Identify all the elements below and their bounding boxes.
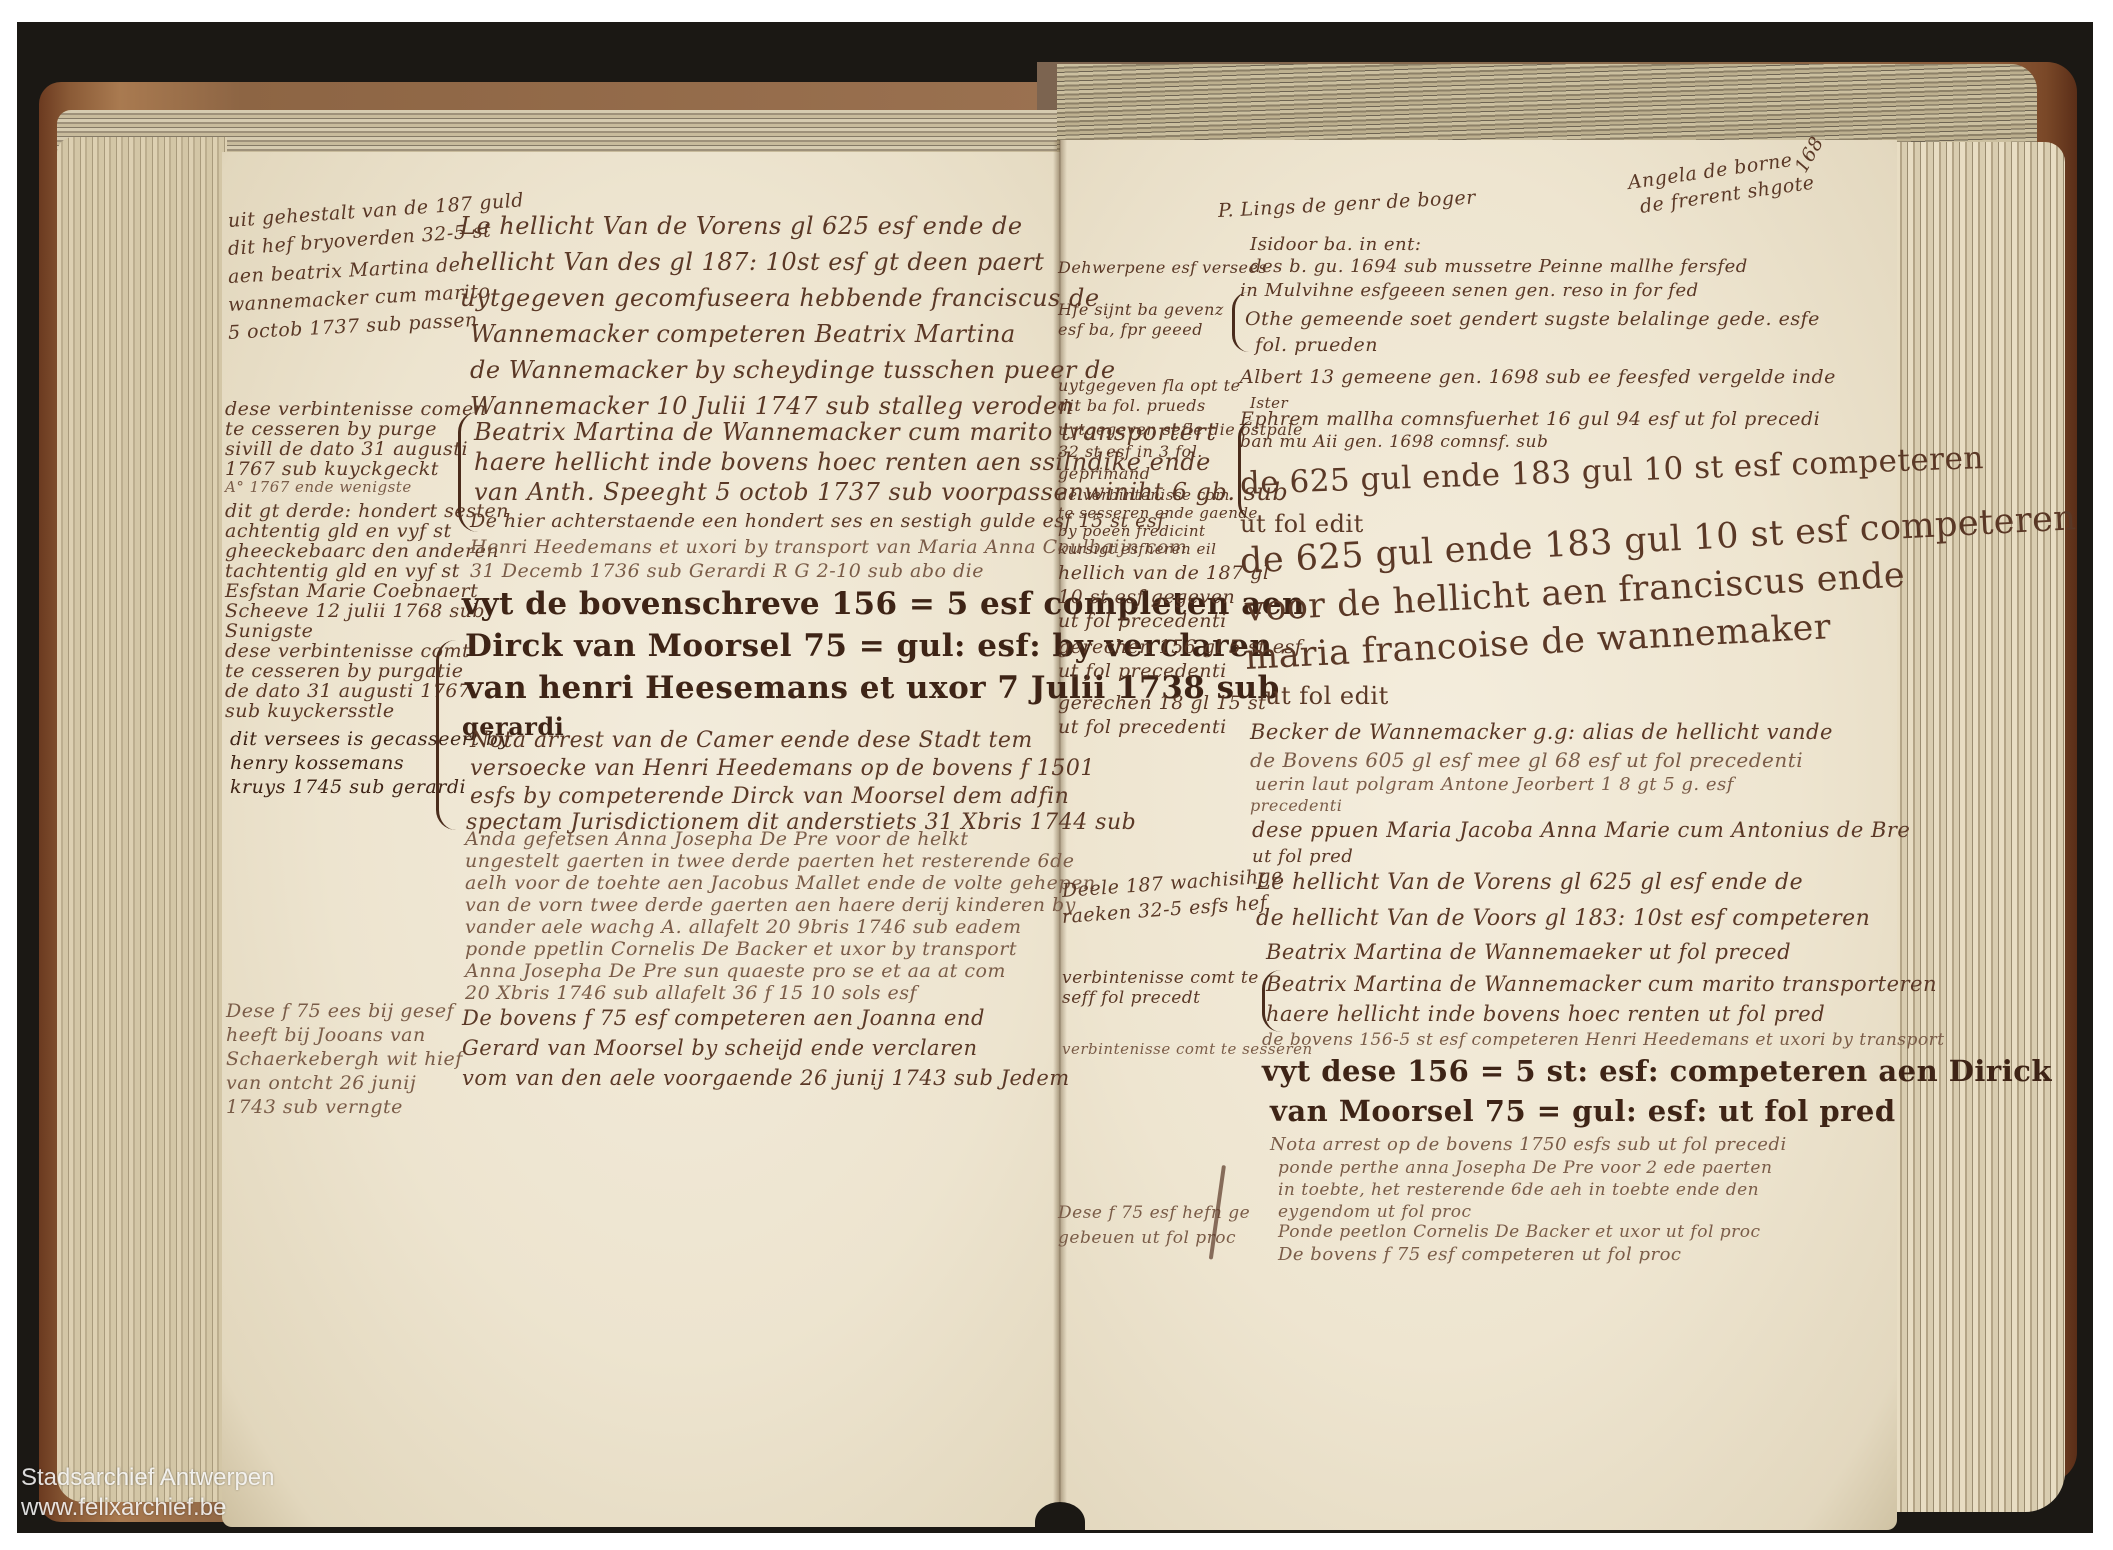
margin-note: gebeuen ut fol proc <box>1058 1228 1236 1248</box>
text-line: haere hellicht inde bovens hoec renten u… <box>1266 1002 1825 1026</box>
text-line: De bovens f 75 esf competeren aen Joanna… <box>462 1006 985 1030</box>
margin-note: hellich van de 187 gl <box>1058 562 1269 584</box>
text-line: Anna Josepha De Pre sun quaeste pro se e… <box>465 960 1006 982</box>
text-line: ungestelt gaerten in twee derde paerten … <box>465 850 1075 872</box>
text-line: fol. prueden <box>1255 334 1378 356</box>
margin-note: seff fol precedt <box>1062 988 1201 1008</box>
text-line: uytgegeven gecomfuseera hebbende francis… <box>460 284 1100 312</box>
margin-note: tachtentig gld en vyf st <box>225 560 460 582</box>
margin-note: Schaerkebergh wit hief <box>226 1048 463 1070</box>
text-line: in toebte, het resterende 6de aeh in toe… <box>1278 1180 1759 1200</box>
margin-note: henry kossemans <box>230 752 404 774</box>
text-line: in Mulvihne esfgeeen senen gen. reso in … <box>1240 280 1699 301</box>
margin-note: by poeen fredicint <box>1058 522 1206 540</box>
margin-note: dit ba fol. prueds <box>1058 396 1206 415</box>
margin-note: de verbintenisse com <box>1058 486 1230 504</box>
margin-note: 32 st esf in 3 fol. <box>1058 442 1203 461</box>
margin-note: ut fol precedenti <box>1058 716 1227 738</box>
text-line: Nota arrest van de Camer eende dese Stad… <box>470 728 1033 753</box>
text-line: Beatrix Martina de Wannemaeker ut fol pr… <box>1266 940 1791 964</box>
margin-note: 1743 sub verngte <box>226 1096 403 1118</box>
text-line: Wannemacker competeren Beatrix Martina <box>470 320 1016 348</box>
margin-note: verbintenisse comt te <box>1062 968 1259 988</box>
large-entry-line: ut fol edit <box>1240 510 1364 538</box>
margin-note: Hfe sijnt ba gevenz <box>1058 300 1224 319</box>
text-line: ponde ppetlin Cornelis De Backer et uxor… <box>465 938 1017 960</box>
margin-note: Dese f 75 esf hefn ge <box>1058 1203 1250 1223</box>
text-line: Ponde peetlon Cornelis De Backer et uxor… <box>1278 1222 1761 1242</box>
text-line: Wannemacker 10 Julii 1747 sub stalleg ve… <box>470 392 1074 420</box>
text-line: ponde perthe anna Josepha De Pre voor 2 … <box>1278 1158 1772 1178</box>
text-line: precedenti <box>1250 796 1342 815</box>
text-line: vander aele wachg A. allafelt 20 9bris 1… <box>465 916 1022 938</box>
text-line: de Bovens 605 gl esf mee gl 68 esf ut fo… <box>1250 748 1803 772</box>
text-line: dese ppuen Maria Jacoba Anna Marie cum A… <box>1252 818 1910 842</box>
text-line: aelh voor de toehte aen Jacobus Mallet e… <box>465 872 1096 894</box>
text-line: Becker de Wannemacker g.g: alias de hell… <box>1250 720 1833 744</box>
margin-note: dese verbintenisse comen <box>225 398 487 420</box>
margin-note: van ontcht 26 junij <box>226 1072 416 1094</box>
margin-note: Dese f 75 ees bij gesef <box>226 1000 454 1022</box>
fore-edge-right <box>1895 142 2065 1512</box>
text-line: De bovens f 75 esf competeren ut fol pro… <box>1278 1244 1682 1265</box>
margin-note: te sesseren ende gaende <box>1058 504 1258 522</box>
text-line: Gerard van Moorsel by scheijd ende vercl… <box>462 1036 978 1060</box>
margin-note: sivill de dato 31 augusti <box>225 438 468 460</box>
text-line: uerin laut polgram Antone Jeorbert 1 8 g… <box>1255 774 1734 795</box>
margin-note: te cesseren by purge <box>225 418 437 440</box>
margin-note: ut fol precedenti <box>1058 610 1227 632</box>
text-line: van de vorn twee derde gaerten aen haere… <box>465 894 1076 916</box>
text-line: hellicht Van des gl 187: 10st esf gt dee… <box>460 248 1044 276</box>
text-line: 20 Xbris 1746 sub allafelt 36 f 15 10 so… <box>465 982 917 1004</box>
bracket-mark <box>436 640 461 830</box>
text-line: Isidoor ba. in ent: <box>1250 234 1421 255</box>
margin-note: Esfstan Marie Coebnaert <box>225 580 478 602</box>
text-line: vom van den aele voorgaende 26 junij 174… <box>462 1066 1070 1090</box>
watermark-url: www.felixarchief.be <box>21 1494 226 1522</box>
text-line: des b. gu. 1694 sub mussetre Peinne mall… <box>1250 256 1748 277</box>
text-line: versoecke van Henri Heedemans op de bove… <box>470 756 1095 781</box>
text-line: Nota arrest op de bovens 1750 esfs sub u… <box>1270 1134 1787 1155</box>
text-line: Ephrem mallha comnsfuerhet 16 gul 94 esf… <box>1240 408 1820 430</box>
margin-note: Dehwerpene esf versees <box>1058 258 1267 277</box>
text-line: 31 Decemb 1736 sub Gerardi R G 2-10 sub … <box>470 560 984 582</box>
bracket-mark <box>1232 292 1249 352</box>
text-line: esfs by competerende Dirck van Moorsel d… <box>470 784 1069 809</box>
bold-entry-line: van Moorsel 75 = gul: esf: ut fol pred <box>1270 1094 1896 1128</box>
margin-note: te cesseren by purgatie <box>225 660 464 682</box>
bracket-mark <box>1238 420 1255 520</box>
margin-note: 10 st esf gegeven <box>1058 586 1235 608</box>
margin-note: achtentig gld en vyf st <box>225 520 452 542</box>
text-line: ban mu Aii gen. 1698 comnsf. sub <box>1240 432 1548 452</box>
text-line: de hellicht Van de Voors gl 183: 10st es… <box>1256 906 1870 931</box>
margin-note: de dato 31 augusti 1767 <box>225 680 471 702</box>
text-line: Othe gemeende soet gendert sugste belali… <box>1245 308 1820 330</box>
margin-note: uytgegeven fla opt te <box>1058 376 1241 395</box>
large-entry-line: ut fol edit <box>1265 682 1389 710</box>
watermark-archive-name: Stadsarchief Antwerpen <box>21 1464 275 1492</box>
margin-note: heeft bij Jooans van <box>226 1024 426 1046</box>
margin-note: A° 1767 ende wenigste <box>225 478 412 496</box>
margin-note: gheeckebaarc den anderen <box>225 540 499 562</box>
text-line: eygendom ut fol proc <box>1278 1202 1472 1222</box>
text-line: de Wannemacker by scheydinge tusschen pu… <box>470 356 1116 384</box>
bracket-mark <box>1262 970 1281 1032</box>
text-line: Anda gefetsen Anna Josepha De Pre voor d… <box>465 828 969 850</box>
text-line: Albert 13 gemeene gen. 1698 sub ee feesf… <box>1240 366 1836 388</box>
text-line: Beatrix Martina de Wannemacker cum marit… <box>1266 972 1937 996</box>
bold-entry-line: vyt dese 156 = 5 st: esf: competeren aen… <box>1262 1054 2052 1088</box>
margin-note: 1767 sub kuyckgeckt <box>225 458 439 480</box>
margin-note: Sunigste <box>225 620 313 642</box>
text-line: de bovens 156-5 st esf competeren Henri … <box>1262 1030 1945 1050</box>
margin-note: kruys 1745 sub gerardi <box>230 776 466 798</box>
margin-note: Scheeve 12 julii 1768 sub <box>225 600 485 622</box>
margin-note: esf ba, fpr geeed <box>1058 320 1203 339</box>
bracket-mark <box>458 412 479 532</box>
margin-note: sub kuyckersstle <box>225 700 395 722</box>
margin-note: gerechen 18 gl 15 st <box>1058 692 1266 714</box>
margin-note: kursigt esfheren eil <box>1058 540 1216 558</box>
margin-note: dese verbintenisse comt <box>225 640 470 662</box>
text-line: ut fol pred <box>1252 846 1353 867</box>
text-line: Le hellicht Van de Vorens gl 625 esf end… <box>460 212 1023 240</box>
margin-note: geprimand <box>1058 464 1150 483</box>
text-line: Le hellicht Van de Vorens gl 625 gl esf … <box>1256 870 1803 895</box>
fore-edge-left <box>57 137 227 1502</box>
margin-note: ut fol precedenti <box>1058 660 1227 682</box>
